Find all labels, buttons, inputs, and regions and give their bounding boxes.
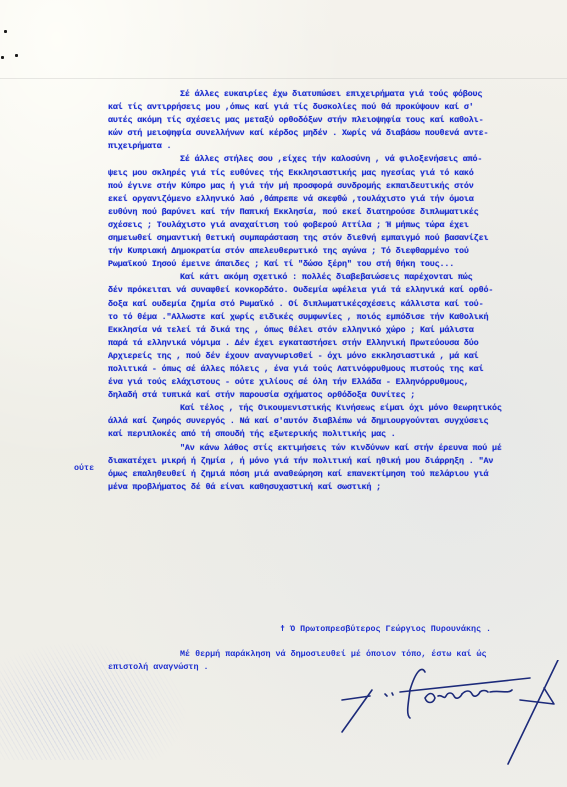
text-line: εκεί οργανιζόμενο ελληνικό λαό ,θάπρεπε …	[108, 193, 513, 206]
text-line: καί περιπλοκές από τή σπουδή τής εξωτερι…	[108, 428, 513, 441]
text-line: παρά τά ελληνικά νόμιμα . Δέν έχει εγκατ…	[108, 337, 513, 350]
speck	[15, 54, 18, 57]
text-line: ψεις μου σκληρές γιά τίς ευθύνες τής Εκκ…	[108, 167, 513, 180]
margin-note: ούτε	[74, 463, 94, 473]
text-line: "Αν κάνω λάθος στίς εκτιμήσεις τών κινδύ…	[108, 442, 513, 455]
text-line: αυτές ακόμη τίς σχέσεις μας μεταξύ ορθοδ…	[108, 114, 513, 127]
text-line: δοξα καί ουδεμία ζημία στό Ρωμαϊκό . Οί …	[108, 298, 513, 311]
speck	[1, 56, 4, 59]
text-line: άλλά καί ζωηρός συνεργός . Νά καί σ'αυτό…	[108, 415, 513, 428]
letter-body: Σέ άλλες ευκαιρίες έχω διατυπώσει επιχει…	[108, 88, 513, 494]
paragraph: Καί κάτι ακόμη σχετικό : πολλές διαβεβαι…	[108, 271, 513, 402]
text-line: το τό θέμα ."Αλλωστε καί χωρίς ειδικές σ…	[108, 311, 513, 324]
speck	[4, 30, 7, 33]
paragraph: "Αν κάνω λάθος στίς εκτιμήσεις τών κινδύ…	[108, 442, 513, 494]
text-line: Καί τέλος , τής Οικουμενιστικής Κινήσεως…	[108, 402, 513, 415]
paragraph: Σέ άλλες στήλες σου ,είχες τήν καλοσύνη …	[108, 153, 513, 271]
text-line: Σέ άλλες στήλες σου ,είχες τήν καλοσύνη …	[108, 153, 513, 166]
fold-crease	[0, 78, 567, 79]
text-line: σχέσεις ; Τουλάχιστο γιά αναχαίτιση τού …	[108, 219, 513, 232]
text-line: καί τίς αντιρρήσεις μου ,όπως καί γιά τί…	[108, 101, 513, 114]
text-line: δέν πρόκειται νά συναφθεί κονκορδάτο. Ου…	[108, 284, 513, 297]
text-line: σημειωθεί σημαντική θετική συμπαράσταση …	[108, 232, 513, 245]
text-line: κών στή μειοψηφία συνελλήνων καί κέρδος …	[108, 127, 513, 140]
text-line: Εκκλησία νά τελεί τά δικά της , όπως θέλ…	[108, 324, 513, 337]
text-line: όμως επαληθευθεί ή ζημιά πόση μιά αναθεώ…	[108, 468, 513, 481]
text-line: δηλαδή στά τυπικά καί στήν παρουσία σχήμ…	[108, 389, 513, 402]
text-line: Ρωμαϊκού Ιησού έμεινε άπαιδες ; Καί τί "…	[108, 258, 513, 271]
text-line: τήν Κυπριακή Δημοκρατία στόν απελευθερωτ…	[108, 245, 513, 258]
text-line: Καί κάτι ακόμη σχετικό : πολλές διαβεβαι…	[108, 271, 513, 284]
paragraph: Καί τέλος , τής Οικουμενιστικής Κινήσεως…	[108, 402, 513, 441]
paragraph: Σέ άλλες ευκαιρίες έχω διατυπώσει επιχει…	[108, 88, 513, 153]
text-line: Σέ άλλες ευκαιρίες έχω διατυπώσει επιχει…	[108, 88, 513, 101]
text-line: πιχειρήματα .	[108, 140, 513, 153]
text-line: διακατέχει μικρή ή ζημία , ή μόνο γιά τή…	[108, 455, 513, 468]
typed-signature-line: ϯ Ό Πρωτοπρεσβύτερος Γεώργιος Πυρουνάκης…	[280, 624, 491, 634]
handwritten-signature	[330, 660, 560, 780]
text-line: ένα γιά τούς ελάχιστους - ούτε χιλίους σ…	[108, 376, 513, 389]
text-line: πού έγινε στήν Κύπρο μας ή γιά τήν μή πρ…	[108, 180, 513, 193]
text-line: Αρχιερείς της , πού δέν έχουν αναγνωρισθ…	[108, 350, 513, 363]
text-line: μένα προβλήματος δέ θά είναι καθησυχαστι…	[108, 481, 513, 494]
text-line: ευθύνη πού βαρύνει καί τήν Παπική Εκκλησ…	[108, 206, 513, 219]
text-line: πολιτικά - όπως σέ άλλες πόλεις , ένα γι…	[108, 363, 513, 376]
